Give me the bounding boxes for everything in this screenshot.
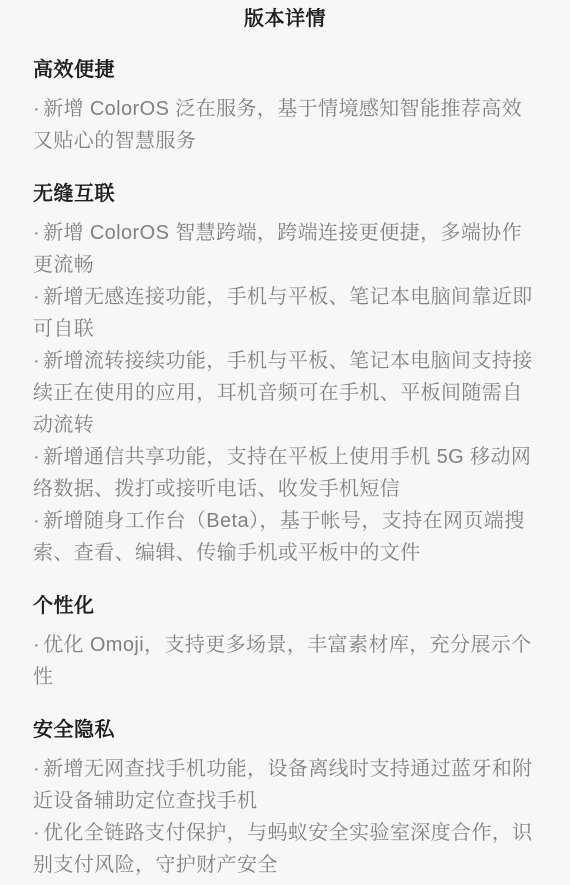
bullet-item: ·新增 ColorOS 智慧跨端，跨端连接更便捷，多端协作更流畅	[33, 217, 537, 281]
bullet-item: ·新增无网查找手机功能，设备离线时支持通过蓝牙和附近设备辅助定位查找手机	[33, 753, 537, 817]
bullet-text: 新增无网查找手机功能，设备离线时支持通过蓝牙和附近设备辅助定位查找手机	[33, 758, 533, 812]
bullet-dot-icon: ·	[33, 222, 40, 244]
bullet-item: ·新增 ColorOS 泛在服务，基于情境感知智能推荐高效又贴心的智慧服务	[33, 93, 537, 157]
bullet-dot-icon: ·	[33, 510, 40, 532]
bullet-text: 新增流转接续功能，手机与平板、笔记本电脑间支持接续正在使用的应用，耳机音频可在手…	[33, 350, 533, 436]
bullet-dot-icon: ·	[33, 350, 40, 372]
bullet-item: ·新增流转接续功能，手机与平板、笔记本电脑间支持接续正在使用的应用，耳机音频可在…	[33, 345, 537, 441]
bullet-item: ·新增无感连接功能，手机与平板、笔记本电脑间靠近即可自联	[33, 281, 537, 345]
section-heading: 个性化	[33, 591, 537, 621]
bullet-dot-icon: ·	[33, 286, 40, 308]
bullet-item: ·新增随身工作台（Beta），基于帐号，支持在网页端搜索、查看、编辑、传输手机或…	[33, 505, 537, 569]
bullet-dot-icon: ·	[33, 98, 40, 120]
bullet-text: 优化全链路支付保护，与蚂蚁安全实验室深度合作，识别支付风险，守护财产安全	[33, 822, 533, 876]
section-personalization: 个性化 ·优化 Omoji，支持更多场景，丰富素材库，充分展示个性	[33, 591, 537, 693]
page-title: 版本详情	[33, 6, 537, 33]
bullet-text: 新增通信共享功能，支持在平板上使用手机 5G 移动网络数据、拨打或接听电话、收发…	[33, 446, 531, 500]
bullet-text: 新增 ColorOS 泛在服务，基于情境感知智能推荐高效又贴心的智慧服务	[33, 98, 522, 152]
version-details-page: 版本详情 高效便捷 ·新增 ColorOS 泛在服务，基于情境感知智能推荐高效又…	[0, 0, 570, 885]
bullet-dot-icon: ·	[33, 634, 40, 656]
bullet-item: ·优化全链路支付保护，与蚂蚁安全实验室深度合作，识别支付风险，守护财产安全	[33, 817, 537, 881]
bullet-text: 新增无感连接功能，手机与平板、笔记本电脑间靠近即可自联	[33, 286, 533, 340]
section-heading: 高效便捷	[33, 55, 537, 85]
bullet-item: ·优化 Omoji，支持更多场景，丰富素材库，充分展示个性	[33, 629, 537, 693]
bullet-dot-icon: ·	[33, 758, 40, 780]
bullet-dot-icon: ·	[33, 446, 40, 468]
bullet-text: 新增 ColorOS 智慧跨端，跨端连接更便捷，多端协作更流畅	[33, 222, 522, 276]
bullet-item: ·新增通信共享功能，支持在平板上使用手机 5G 移动网络数据、拨打或接听电话、收…	[33, 441, 537, 505]
section-heading: 安全隐私	[33, 715, 537, 745]
section-security-privacy: 安全隐私 ·新增无网查找手机功能，设备离线时支持通过蓝牙和附近设备辅助定位查找手…	[33, 715, 537, 881]
section-interconnect: 无缝互联 ·新增 ColorOS 智慧跨端，跨端连接更便捷，多端协作更流畅 ·新…	[33, 179, 537, 569]
section-heading: 无缝互联	[33, 179, 537, 209]
bullet-dot-icon: ·	[33, 822, 40, 844]
bullet-text: 新增随身工作台（Beta），基于帐号，支持在网页端搜索、查看、编辑、传输手机或平…	[33, 510, 525, 564]
bullet-text: 优化 Omoji，支持更多场景，丰富素材库，充分展示个性	[33, 634, 532, 688]
section-efficiency: 高效便捷 ·新增 ColorOS 泛在服务，基于情境感知智能推荐高效又贴心的智慧…	[33, 55, 537, 157]
